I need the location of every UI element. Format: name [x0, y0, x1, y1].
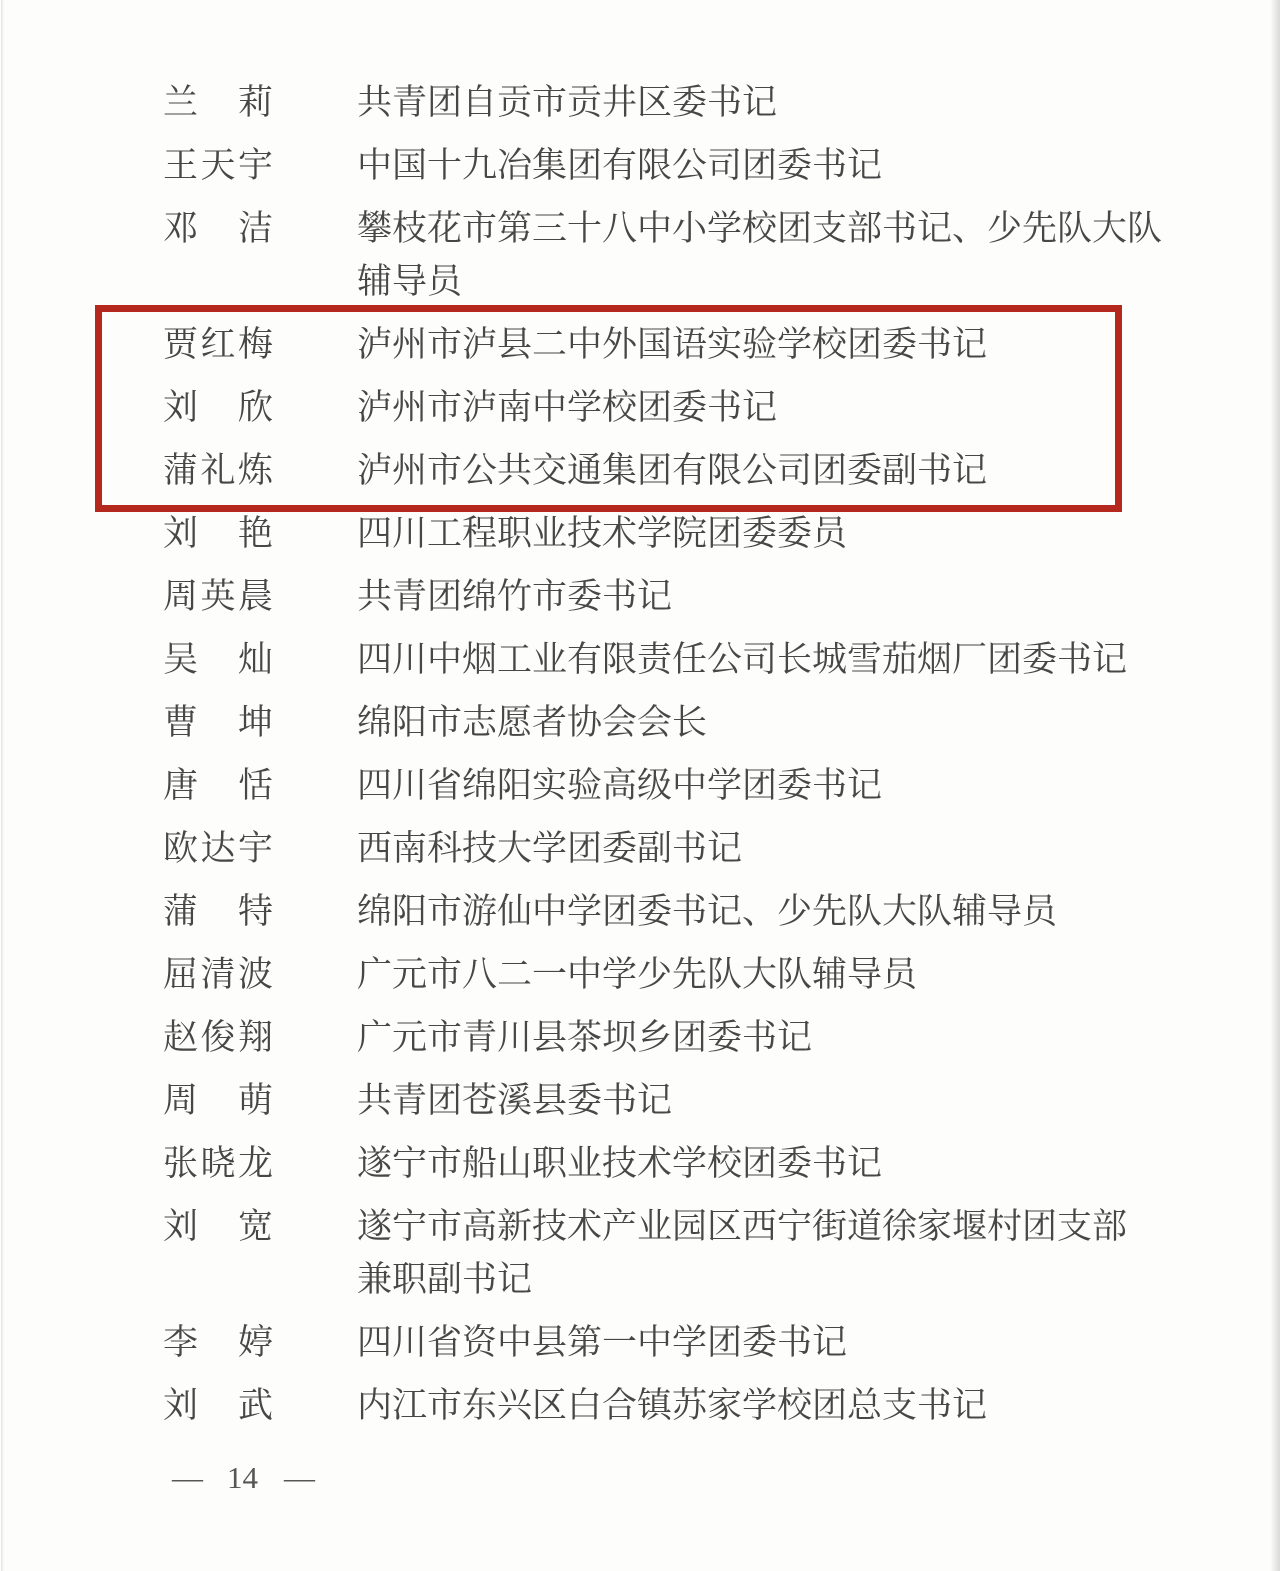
person-title: 四川省资中县第一中学团委书记 — [357, 1316, 847, 1369]
table-row: 张晓龙 遂宁市船山职业技术学校团委书记 — [0, 1137, 1280, 1190]
table-row: 刘欣 泸州市泸南中学校团委书记 — [0, 381, 1280, 434]
table-row: 贾红梅 泸州市泸县二中外国语实验学校团委书记 — [0, 318, 1280, 371]
footer-right-dash: — — [284, 1460, 313, 1496]
person-name: 欧达宇 — [163, 822, 273, 875]
table-row: 周英晨 共青团绵竹市委书记 — [0, 570, 1280, 623]
person-title: 四川省绵阳实验高级中学团委书记 — [357, 759, 882, 812]
person-name: 唐恬 — [163, 759, 273, 812]
table-row: 邓洁 攀枝花市第三十八中小学校团支部书记、少先队大队 辅导员 — [0, 202, 1280, 308]
table-row: 兰莉 共青团自贡市贡井区委书记 — [0, 76, 1280, 129]
person-name: 张晓龙 — [163, 1137, 273, 1190]
person-title: 共青团自贡市贡井区委书记 — [357, 76, 777, 129]
person-title: 共青团绵竹市委书记 — [357, 570, 672, 623]
table-row: 刘武 内江市东兴区白合镇苏家学校团总支书记 — [0, 1379, 1280, 1432]
person-title: 遂宁市高新技术产业园区西宁街道徐家堰村团支部 兼职副书记 — [357, 1200, 1127, 1306]
person-name: 曹坤 — [163, 696, 273, 749]
person-title: 绵阳市游仙中学团委书记、少先队大队辅导员 — [357, 885, 1057, 938]
person-name: 刘欣 — [163, 381, 273, 434]
table-row: 王天宇 中国十九冶集团有限公司团委书记 — [0, 139, 1280, 192]
person-name: 蒲礼炼 — [163, 444, 273, 497]
table-row: 蒲特 绵阳市游仙中学团委书记、少先队大队辅导员 — [0, 885, 1280, 938]
table-row: 周萌 共青团苍溪县委书记 — [0, 1074, 1280, 1127]
person-title: 共青团苍溪县委书记 — [357, 1074, 672, 1127]
page-footer: — 14 — — [172, 1460, 1280, 1496]
person-name: 周萌 — [163, 1074, 273, 1127]
person-title: 西南科技大学团委副书记 — [357, 822, 742, 875]
person-name: 周英晨 — [163, 570, 273, 623]
person-title: 四川工程职业技术学院团委委员 — [357, 507, 847, 560]
person-name: 李婷 — [163, 1316, 273, 1369]
table-row: 吴灿 四川中烟工业有限责任公司长城雪茄烟厂团委书记 — [0, 633, 1280, 686]
person-name: 刘宽 — [163, 1200, 273, 1253]
person-title: 中国十九冶集团有限公司团委书记 — [357, 139, 882, 192]
person-title: 广元市青川县茶坝乡团委书记 — [357, 1011, 812, 1064]
roster-list: 兰莉 共青团自贡市贡井区委书记 王天宇 中国十九冶集团有限公司团委书记 邓洁 攀… — [0, 0, 1280, 1432]
table-row: 屈清波 广元市八二一中学少先队大队辅导员 — [0, 948, 1280, 1001]
table-row: 刘宽 遂宁市高新技术产业园区西宁街道徐家堰村团支部 兼职副书记 — [0, 1200, 1280, 1306]
person-title: 遂宁市船山职业技术学校团委书记 — [357, 1137, 882, 1190]
person-name: 蒲特 — [163, 885, 273, 938]
person-title: 绵阳市志愿者协会会长 — [357, 696, 707, 749]
footer-left-dash: — — [172, 1460, 201, 1496]
table-row: 李婷 四川省资中县第一中学团委书记 — [0, 1316, 1280, 1369]
table-row: 刘艳 四川工程职业技术学院团委委员 — [0, 507, 1280, 560]
person-name: 王天宇 — [163, 139, 273, 192]
person-name: 邓洁 — [163, 202, 273, 255]
person-title: 内江市东兴区白合镇苏家学校团总支书记 — [357, 1379, 987, 1432]
table-row: 曹坤 绵阳市志愿者协会会长 — [0, 696, 1280, 749]
table-row: 赵俊翔 广元市青川县茶坝乡团委书记 — [0, 1011, 1280, 1064]
person-name: 刘武 — [163, 1379, 273, 1432]
person-name: 兰莉 — [163, 76, 273, 129]
person-name: 吴灿 — [163, 633, 273, 686]
document-page: 兰莉 共青团自贡市贡井区委书记 王天宇 中国十九冶集团有限公司团委书记 邓洁 攀… — [0, 0, 1280, 1571]
person-name: 赵俊翔 — [163, 1011, 273, 1064]
person-title: 攀枝花市第三十八中小学校团支部书记、少先队大队 辅导员 — [357, 202, 1162, 308]
person-name: 贾红梅 — [163, 318, 273, 371]
person-name: 刘艳 — [163, 507, 273, 560]
page-number: 14 — [227, 1460, 258, 1496]
table-row: 欧达宇 西南科技大学团委副书记 — [0, 822, 1280, 875]
person-title: 泸州市公共交通集团有限公司团委副书记 — [357, 444, 987, 497]
person-title: 广元市八二一中学少先队大队辅导员 — [357, 948, 917, 1001]
person-title: 四川中烟工业有限责任公司长城雪茄烟厂团委书记 — [357, 633, 1127, 686]
table-row: 蒲礼炼 泸州市公共交通集团有限公司团委副书记 — [0, 444, 1280, 497]
person-name: 屈清波 — [163, 948, 273, 1001]
person-title: 泸州市泸南中学校团委书记 — [357, 381, 777, 434]
table-row: 唐恬 四川省绵阳实验高级中学团委书记 — [0, 759, 1280, 812]
person-title: 泸州市泸县二中外国语实验学校团委书记 — [357, 318, 987, 371]
